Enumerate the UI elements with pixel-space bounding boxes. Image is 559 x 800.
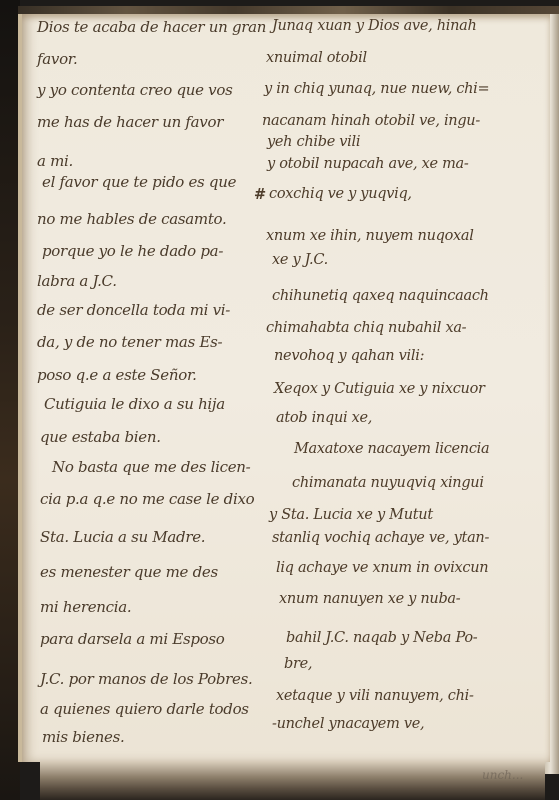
kaqchikel-line: Junaq xuan y Dios ave, hinah xyxy=(272,18,477,34)
bottom-ghost-text: unch... xyxy=(482,768,523,782)
spanish-line: me has de hacer un favor xyxy=(37,113,223,131)
kaqchikel-line: xe y J.C. xyxy=(272,252,328,268)
spanish-line: da, y de no tener mas Es- xyxy=(37,333,222,351)
spanish-line: labra a J.C. xyxy=(37,272,117,290)
strike-mark-icon: # xyxy=(254,186,266,203)
spanish-line: que estaba bien. xyxy=(40,428,161,446)
kaqchikel-line: y Sta. Lucia xe y Mutut xyxy=(269,507,433,523)
spanish-line: J.C. por manos de los Pobres. xyxy=(40,670,252,688)
spanish-line: No basta que me des licen- xyxy=(52,458,250,476)
kaqchikel-line: coxchiq ve y yuqviq, xyxy=(269,186,412,202)
kaqchikel-line: yeh chibe vili xyxy=(267,134,360,150)
spanish-line: a mi. xyxy=(37,152,73,170)
kaqchikel-line: chihunetiq qaxeq naquincaach xyxy=(272,288,489,304)
kaqchikel-line: atob inqui xe, xyxy=(276,410,372,426)
spanish-line: favor. xyxy=(37,50,78,68)
spanish-line: de ser doncella toda mi vi- xyxy=(37,301,230,319)
kaqchikel-line: y otobil nupacah ave, xe ma- xyxy=(267,156,468,172)
spanish-line: el favor que te pido es que xyxy=(42,173,236,191)
manuscript-page: Dios te acaba de hacer un granfavor.y yo… xyxy=(18,14,550,762)
kaqchikel-line: xetaque y vili nanuyem, chi- xyxy=(276,688,474,704)
spanish-line: Dios te acaba de hacer un gran xyxy=(37,18,266,36)
spanish-line: es menester que me des xyxy=(40,563,218,581)
kaqchikel-line: xnum xe ihin, nuyem nuqoxal xyxy=(266,228,474,244)
kaqchikel-line: liq achaye ve xnum in ovixcun xyxy=(276,560,488,576)
spanish-line: cia p.a q.e no me case le dixo xyxy=(40,490,254,508)
kaqchikel-line: chimahabta chiq nubahil xa- xyxy=(266,320,466,336)
kaqchikel-line: bahil J.C. naqab y Neba Po- xyxy=(286,630,477,646)
kaqchikel-line: y in chiq yunaq, nue nuew, chi= xyxy=(264,81,489,97)
spanish-line: Cutiguia le dixo a su hija xyxy=(44,395,225,413)
kaqchikel-line: xnuimal otobil xyxy=(266,50,367,66)
spanish-line: mis bienes. xyxy=(42,728,124,746)
spanish-line: para darsela a mi Esposo xyxy=(40,630,225,648)
kaqchikel-line: Maxatoxe nacayem licencia xyxy=(294,441,489,457)
spanish-line: a quienes quiero darle todos xyxy=(40,700,249,718)
kaqchikel-line: nacanam hinah otobil ve, ingu- xyxy=(262,113,480,129)
kaqchikel-line: xnum nanuyen xe y nuba- xyxy=(279,591,460,607)
spanish-line: no me hables de casamto. xyxy=(37,210,227,228)
spanish-line: mi herencia. xyxy=(40,598,131,616)
kaqchikel-line: nevohoq y qahan vili: xyxy=(274,348,424,364)
kaqchikel-line: bre, xyxy=(284,656,312,672)
spanish-line: Sta. Lucia a su Madre. xyxy=(40,528,205,546)
kaqchikel-line: chimanata nuyuqviq xingui xyxy=(292,475,484,491)
spanish-line: porque yo le he dado pa- xyxy=(42,242,223,260)
kaqchikel-line: stanliq vochiq achaye ve, ytan- xyxy=(272,530,489,546)
kaqchikel-line: -unchel ynacayem ve, xyxy=(272,716,424,732)
book-binding-left xyxy=(0,0,20,800)
spanish-line: y yo contenta creo que vos xyxy=(37,81,232,99)
damaged-page-bottom xyxy=(40,762,545,800)
kaqchikel-line: Xeqox y Cutiguia xe y nixcuor xyxy=(274,381,485,397)
spanish-line: poso q.e a este Señor. xyxy=(37,366,197,384)
